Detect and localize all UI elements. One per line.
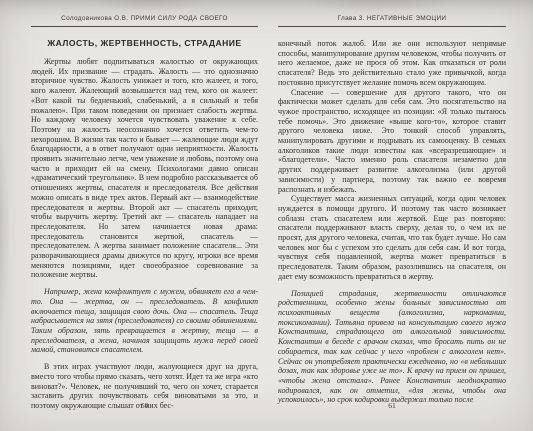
paragraph-example: Например, жена конфликтует с мужем, обви… — [31, 287, 258, 355]
book-spread: Солодовникова О.В. ПРИМИ СИЛУ РОДА СВОЕГ… — [0, 0, 533, 431]
header-rule-left — [31, 26, 258, 27]
page-body-left: Жертвы любят подпитываться жалостью от о… — [31, 57, 258, 411]
page-left: Солодовникова О.В. ПРИМИ СИЛУ РОДА СВОЕГ… — [31, 0, 258, 431]
page-number-right: 61 — [278, 401, 506, 410]
page-number-left: 60 — [31, 401, 258, 410]
paragraph-example: Позицией страдания, жертвенности отличаю… — [278, 289, 506, 405]
paragraph: Спасение — совершение для другого такого… — [278, 88, 506, 195]
running-head-right: Глава 3. НЕГАТИВНЫЕ ЭМОЦИИ — [278, 0, 506, 22]
paragraph: Существует масса жизненных ситуаций, ког… — [278, 194, 506, 281]
paragraph: Жертвы любят подпитываться жалостью от о… — [31, 57, 258, 280]
section-title: ЖАЛОСТЬ, ЖЕРТВЕННОСТЬ, СТРАДАНИЕ — [31, 38, 258, 48]
header-rule-right — [278, 26, 506, 27]
scan-artifact — [0, 120, 10, 340]
running-head-left: Солодовникова О.В. ПРИМИ СИЛУ РОДА СВОЕГ… — [31, 0, 258, 22]
page-body-right: конечный поток жалоб. Или же они использ… — [278, 39, 506, 405]
page-right: Глава 3. НЕГАТИВНЫЕ ЭМОЦИИ конечный пото… — [278, 0, 506, 431]
paragraph: конечный поток жалоб. Или же они использ… — [278, 39, 506, 88]
